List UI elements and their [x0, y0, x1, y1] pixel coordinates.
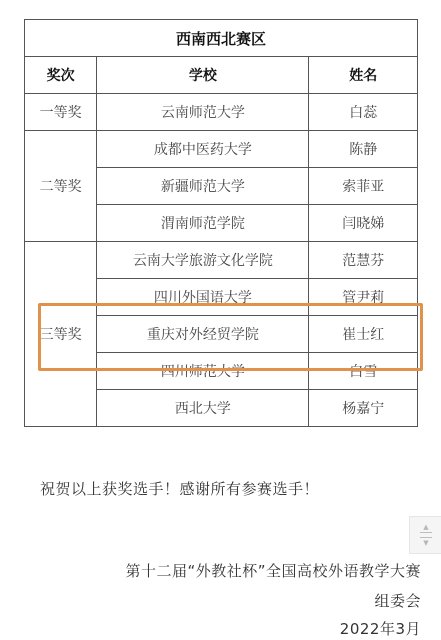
scroll-up-down-icon[interactable]: ▲ ▼ [409, 516, 441, 554]
header-name: 姓名 [309, 57, 418, 94]
name-cell: 崔士红 [309, 316, 418, 353]
award-cell: 一等奖 [25, 94, 97, 131]
name-cell: 白雪 [309, 353, 418, 390]
name-cell: 索菲亚 [309, 168, 418, 205]
name-cell: 陈静 [309, 131, 418, 168]
award-cell: 三等奖 [25, 242, 97, 427]
school-cell: 新疆师范大学 [97, 168, 309, 205]
arrow-down-icon: ▼ [423, 540, 428, 546]
organizer-committee: 组委会 [374, 590, 421, 611]
congrats-text: 祝贺以上获奖选手！感谢所有参赛选手！ [40, 478, 319, 499]
school-cell: 西北大学 [97, 390, 309, 427]
school-cell: 四川外国语大学 [97, 279, 309, 316]
name-cell: 杨嘉宁 [309, 390, 418, 427]
header-school: 学校 [97, 57, 309, 94]
bar-line [420, 537, 432, 538]
organizer-line: 第十二届“外教社杯”全国高校外语教学大赛 [125, 560, 421, 581]
school-cell: 四川师范大学 [97, 353, 309, 390]
table-row: 二等奖 成都中医药大学 陈静 [25, 131, 418, 168]
name-cell: 范慧芬 [309, 242, 418, 279]
school-cell: 云南师范大学 [97, 94, 309, 131]
award-table: 西南西北赛区 奖次 学校 姓名 一等奖 云南师范大学 白蕊 二等奖 成都中医药大… [24, 19, 418, 427]
name-cell: 白蕊 [309, 94, 418, 131]
header-row: 奖次 学校 姓名 [25, 57, 418, 94]
region-title: 西南西北赛区 [25, 20, 418, 57]
table-row: 一等奖 云南师范大学 白蕊 [25, 94, 418, 131]
table-row: 三等奖 云南大学旅游文化学院 范慧芬 [25, 242, 418, 279]
school-cell: 渭南师范学院 [97, 205, 309, 242]
school-cell: 云南大学旅游文化学院 [97, 242, 309, 279]
arrow-up-icon: ▲ [423, 524, 428, 530]
school-cell: 成都中医药大学 [97, 131, 309, 168]
header-award: 奖次 [25, 57, 97, 94]
name-cell: 管尹莉 [309, 279, 418, 316]
region-title-row: 西南西北赛区 [25, 20, 418, 57]
school-cell: 重庆对外经贸学院 [97, 316, 309, 353]
bar-line [420, 532, 432, 533]
date-text: 2022年3月 [340, 618, 421, 639]
award-cell: 二等奖 [25, 131, 97, 242]
name-cell: 闫晓娣 [309, 205, 418, 242]
